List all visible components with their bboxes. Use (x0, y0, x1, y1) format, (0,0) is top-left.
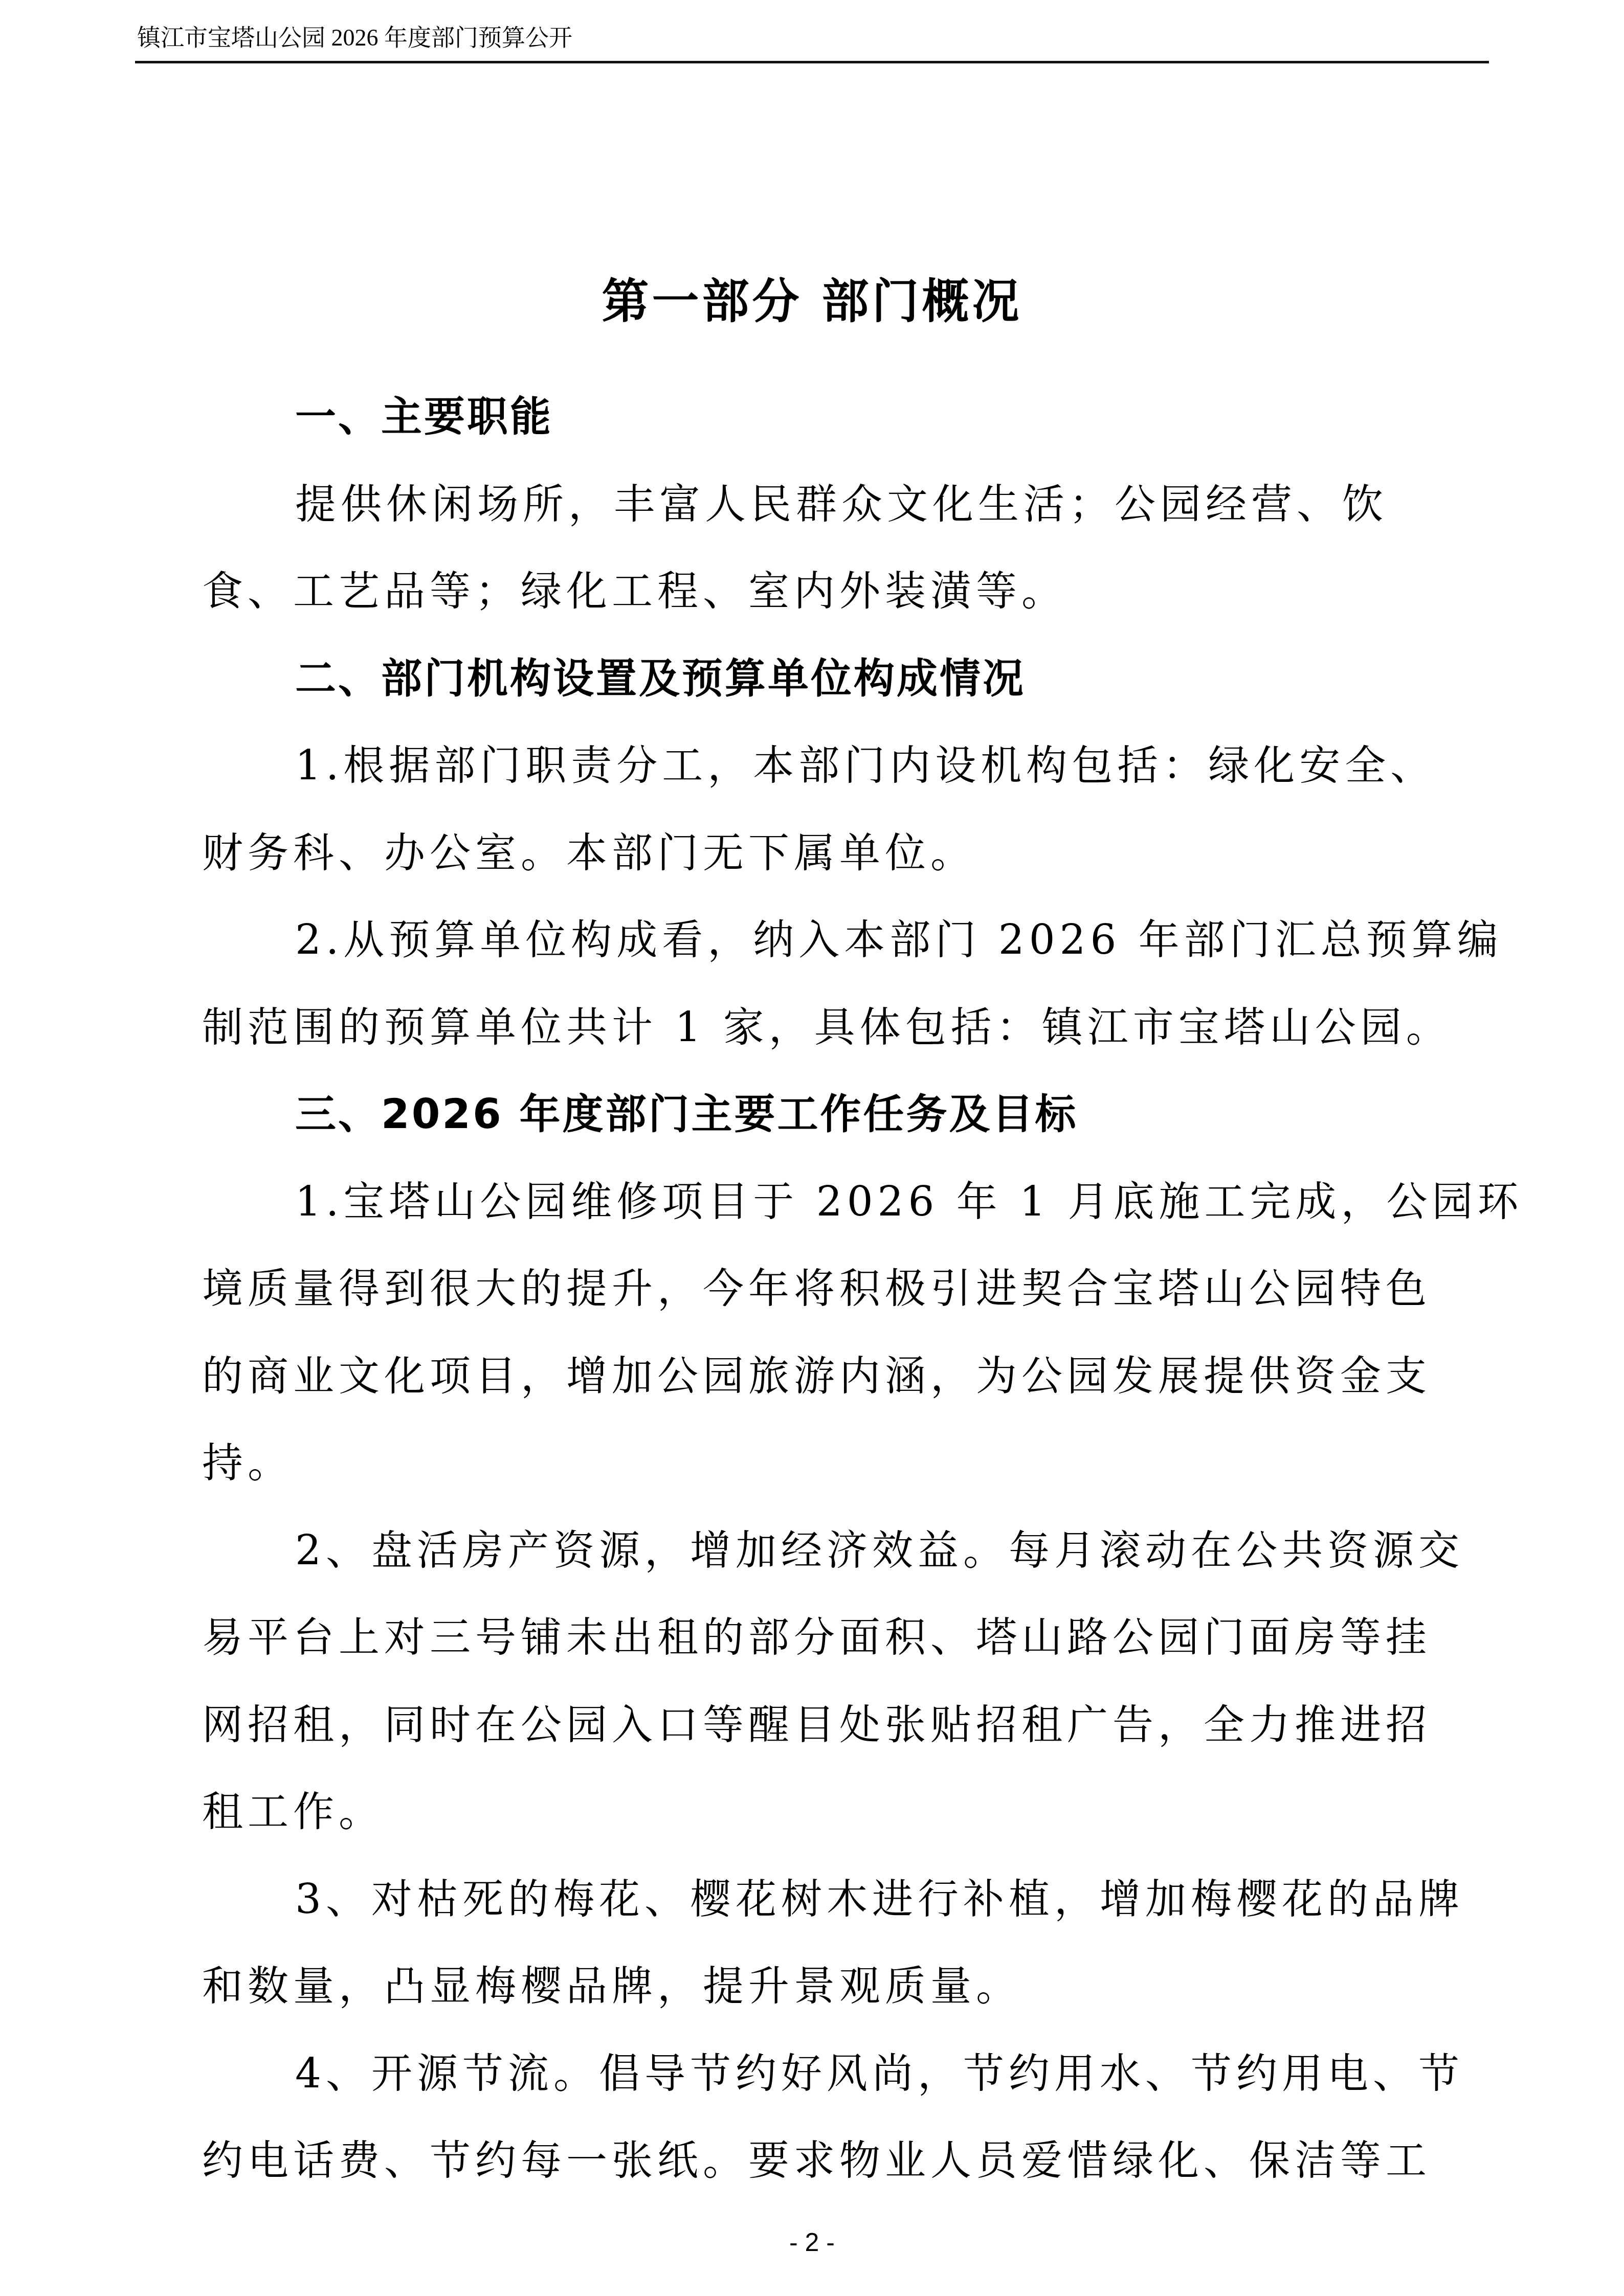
section-heading-main-functions: 一、主要职能 (202, 373, 1419, 461)
paragraph-line: 和数量，凸显梅樱品牌，提升景观质量。 (202, 1943, 1419, 2030)
paragraph-line: 易平台上对三号铺未出租的部分面积、塔山路公园门面房等挂 (202, 1594, 1419, 1681)
document-body: 一、主要职能 提供休闲场所，丰富人民群众文化生活；公园经营、饮 食、工艺品等；绿… (202, 373, 1419, 2204)
part-title: 第一部分 部门概况 (0, 271, 1624, 332)
paragraph-line: 食、工艺品等；绿化工程、室内外装潢等。 (202, 548, 1419, 635)
paragraph-line: 1.宝塔山公园维修项目于 2026 年 1 月底施工完成，公园环 (202, 1158, 1419, 1246)
paragraph-line: 提供休闲场所，丰富人民群众文化生活；公园经营、饮 (202, 461, 1419, 548)
paragraph-line: 网招租，同时在公园入口等醒目处张贴招租广告，全力推进招 (202, 1681, 1419, 1769)
paragraph-line: 1.根据部门职责分工，本部门内设机构包括：绿化安全、 (202, 722, 1419, 809)
page-number: - 2 - (0, 2227, 1624, 2258)
paragraph-line: 2.从预算单位构成看，纳入本部门 2026 年部门汇总预算编 (202, 896, 1419, 984)
paragraph-line: 制范围的预算单位共计 1 家，具体包括：镇江市宝塔山公园。 (202, 984, 1419, 1071)
running-header: 镇江市宝塔山公园 2026 年度部门预算公开 (137, 24, 572, 52)
paragraph-line: 4、开源节流。倡导节约好风尚，节约用水、节约用电、节 (202, 2030, 1419, 2118)
paragraph-line: 3、对枯死的梅花、樱花树木进行补植，增加梅樱花的品牌 (202, 1856, 1419, 1943)
paragraph-line: 2、盘活房产资源，增加经济效益。每月滚动在公共资源交 (202, 1507, 1419, 1594)
paragraph-line: 的商业文化项目，增加公园旅游内涵，为公园发展提供资金支 (202, 1333, 1419, 1420)
section-heading-tasks: 三、2026 年度部门主要工作任务及目标 (202, 1071, 1419, 1158)
section-heading-organization: 二、部门机构设置及预算单位构成情况 (202, 635, 1419, 723)
header-rule (135, 61, 1489, 63)
paragraph-line: 财务科、办公室。本部门无下属单位。 (202, 809, 1419, 897)
paragraph-line: 境质量得到很大的提升，今年将积极引进契合宝塔山公园特色 (202, 1245, 1419, 1333)
paragraph-line: 约电话费、节约每一张纸。要求物业人员爱惜绿化、保洁等工 (202, 2117, 1419, 2204)
paragraph-line: 持。 (202, 1420, 1419, 1507)
paragraph-line: 租工作。 (202, 1768, 1419, 1856)
